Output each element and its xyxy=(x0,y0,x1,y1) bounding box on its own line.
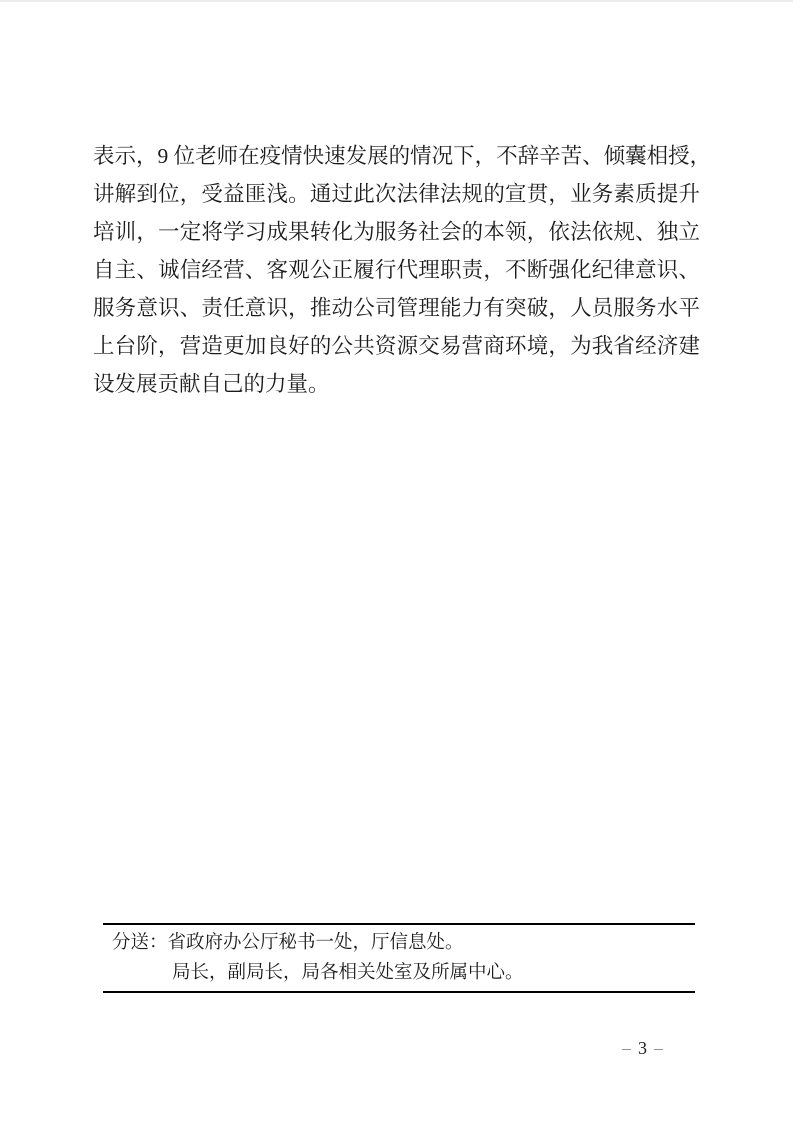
body-text-line: 培训，一定将学习成果转化为服务社会的本领，依法依规、独立 xyxy=(93,213,700,251)
body-paragraph: 表示，9 位老师在疫情快速发展的情况下，不辞辛苦、倾囊相授， 讲解到位，受益匪浅… xyxy=(93,137,700,403)
page-number-dash-left: – xyxy=(622,1038,631,1058)
distribution-row: 分送：省政府办公厅秘书一处，厅信息处。 xyxy=(103,928,695,958)
document-page: 表示，9 位老师在疫情快速发展的情况下，不辞辛苦、倾囊相授， 讲解到位，受益匪浅… xyxy=(0,0,793,1122)
scan-edge-artifact xyxy=(0,0,793,2)
body-text-line: 自主、诚信经营、客观公正履行代理职责，不断强化纪律意识、 xyxy=(93,251,700,289)
body-text-line: 讲解到位，受益匪浅。通过此次法律法规的宣贯，业务素质提升 xyxy=(93,175,700,213)
distribution-recipients-line-2: 局长，副局长，局各相关处室及所属中心。 xyxy=(103,958,695,988)
distribution-label: 分送： xyxy=(112,933,168,953)
distribution-recipients-line-1: 省政府办公厅秘书一处，厅信息处。 xyxy=(168,933,464,953)
body-text-line: 表示，9 位老师在疫情快速发展的情况下，不辞辛苦、倾囊相授， xyxy=(93,137,700,175)
body-text-line: 设发展贡献自己的力量。 xyxy=(93,365,700,403)
page-number-dash-right: – xyxy=(654,1038,663,1058)
page-number-value: 3 xyxy=(638,1038,647,1058)
page-number: –3– xyxy=(606,1038,679,1059)
distribution-block: 分送：省政府办公厅秘书一处，厅信息处。 局长，副局长，局各相关处室及所属中心。 xyxy=(103,923,695,993)
body-text-line: 上台阶，营造更加良好的公共资源交易营商环境，为我省经济建 xyxy=(93,327,700,365)
body-text-line: 服务意识、责任意识，推动公司管理能力有突破，人员服务水平 xyxy=(93,289,700,327)
